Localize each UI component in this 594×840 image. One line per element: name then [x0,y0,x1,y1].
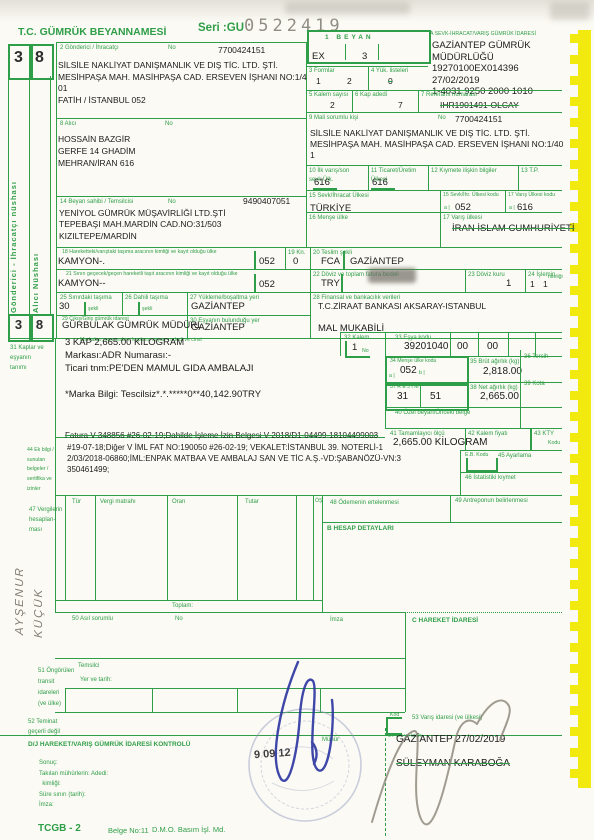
sectionDJ-rows: Sonuç: Takılan mühürlerin: Adedi: kimliğ… [39,758,108,811]
grid-line [56,269,562,270]
grid-line [152,688,153,712]
field43-sublabel: Kodu [548,440,560,448]
field47-label: 47 Vergilerin hesaplan- ması [29,505,62,535]
field13-label: 13 T.P. [521,167,539,176]
grid-line [530,428,532,450]
grid-line [138,302,140,315]
grid-line [465,428,466,450]
field43-label: 43 KTY [534,430,554,439]
field7-reference: IHR1901491-OLCAY [440,100,519,111]
field4-value: 0 [388,76,393,87]
field54-officer-name: SÜLEYMAN KARABOĞA [396,757,510,770]
field4-label: 4 Yük. listeleri [371,67,408,76]
yellow-comb-teeth [570,34,578,784]
grid-line [505,190,506,212]
field23-label: 23 Döviz kuru [468,271,505,280]
grid-line [352,90,353,112]
grid-line [465,269,466,292]
grid-line [55,495,562,496]
muhur-label: Mühür [322,736,339,745]
field14-number: 9490407051 [243,196,290,207]
copy-number-left-lower: 3 [8,317,29,332]
field33-hs-code: 39201040 [404,340,449,353]
field28-bank: T.C.ZİRAAT BANKASI AKSARAY-ISTANBUL [318,301,486,312]
grid-line [237,495,238,600]
grid-line [440,190,441,212]
grid-line [440,212,441,247]
copy-number-right-lower: 8 [29,317,50,332]
grid-line [56,42,306,43]
field1-declaration-code: 3 [362,51,367,63]
field12-label: 12 Kıymete ilişkin bilgiler [431,167,497,176]
field15a-label: 15 Sevk/İhr. Ülkesi kodu [443,192,501,200]
stamps-signatures-overlay [0,0,594,840]
field9-address: SİLSİLE NAKLİYAT DANIŞMANLIK VE DIŞ TİC.… [310,128,563,161]
field18-vehicle: KAMYON-. [58,256,105,268]
field27-place: GAZİANTEP [191,301,245,313]
grid-line [55,712,405,713]
grid-line [237,688,238,712]
grid-line [343,251,345,269]
field50-no-label: No [175,615,183,624]
field40-label: 40 Özel beyan/Önceki belge [395,409,470,418]
grid-line [385,407,562,408]
grid-line [418,90,419,112]
field7-label: 7 Referans numarası [421,91,477,100]
field48-label: 48 Ödemenin ertelenmesi [330,499,399,508]
grid-line [378,44,379,60]
field2-no-label: No [168,44,176,53]
field15-label: 15 Sevk/İhracat Ülkesi [309,192,369,201]
grid-line [285,247,286,269]
field5-label: 5 Kalem sayısı [309,91,348,100]
margin-handwriting-line1: AYŞENUR [14,540,26,636]
field25-sublabel: şekli [88,306,98,314]
field50-imza-label: İmza [330,616,343,625]
copy-number-right: 8 [29,49,50,67]
grid-line [307,165,562,166]
grid-line [340,332,341,356]
date-stamp-text: 9 09 12 [254,747,291,762]
fieldEB-box [466,458,498,472]
grid-line [65,688,405,689]
top-stamp-smudge [285,2,410,14]
copy-vertical-label-1: Gönderici - İhracatçı nüshası [9,88,18,313]
field38-net-weight: 2,665.00 [480,390,519,403]
grid-line [525,269,526,292]
field31-label: 31 Kaplar ve eşyanın tanımı [10,343,44,373]
field23-rate: 1 [506,278,511,290]
grid-line [167,495,168,600]
sectionC-label: C HAREKET İDARESİ [412,616,478,626]
field47-col-tur: Tür [72,498,81,507]
field20-incoterm: FCA [321,256,340,268]
field3-label: 3 Formlar [309,67,335,76]
serial-label: Seri :GU [198,22,244,34]
field9-no-label: No [438,114,446,123]
grid-line [307,112,562,113]
field44-label: 44 Ek bilgi / sunulan belgeler / sertifi… [27,446,54,495]
footer-form-code: TCGB - 2 [38,823,81,834]
field33-sub2: 00 [487,340,498,353]
field3-value1: 1 [316,76,321,87]
field49-label: 49 Antreponun belirlenmesi [455,497,528,506]
field24-value1: 1 [530,279,535,290]
field21-country-code: 052 [259,279,275,291]
field1-label: 1 BEYAN [325,33,374,43]
field47-total-label: Toplam: [172,602,193,611]
field17a-label: 17 Varış Ülkesi kodu [508,192,560,200]
copy-number-left: 3 [8,49,29,67]
grid-line [313,495,314,600]
field33-sub1: 00 [457,340,468,353]
grid-line [65,688,66,712]
grid-line [460,450,562,451]
field17-destination-country: İRAN İSLAM CUMHURİYETİ [452,223,574,235]
field14-broker-address: YENİYOL GÜMRÜK MÜŞAVİRLİĞİ LTD.ŞTİ TEPEB… [59,208,226,242]
field2-sender-label: 2 Gönderici / İhracatçı [60,44,119,53]
field26-label: 26 Dahili taşıma [125,294,168,303]
field35-gross-weight: 2,818.00 [483,365,522,378]
field34-b: b | [419,370,425,378]
grid-line [341,274,343,292]
field29-exit-office: GÜRBULAK GÜMRÜK MÜDÜRL [62,320,202,332]
grid-line [122,292,123,315]
grid-line [307,190,562,191]
field50-label: 50 Asıl sorumlu [72,615,113,624]
grid-line [385,728,386,836]
yellow-comb-strip [578,30,591,788]
grid-line [520,350,521,428]
margin-handwriting-line2: KÜÇÜK [33,558,45,639]
field45-label: 45 Ayarlama [498,452,531,461]
grid-line [508,332,509,356]
field44-documents-rest: #19-07-18;Diğer V İML FAT NO:190050 #26-… [67,442,401,475]
field25-mode: 30 [59,301,70,313]
field3-value2: 2 [347,76,352,87]
field8-consignee-address: HOSSAİN BAZGİR GERFE 14 GHADİM MEHRAN/İR… [58,133,135,169]
grid-line [420,382,421,407]
field19-value: 0 [293,256,298,268]
field47-col-matrah: Vergi matrahı [100,498,136,507]
officeA-lines: GAZİANTEP GÜMRÜK MÜDÜRLÜĞÜ 19270100EX014… [432,40,594,98]
field46-label: 46 İstatistiki kıymet [465,474,516,483]
grid-line [405,612,562,613]
grid-line [296,495,297,600]
field6-value: 7 [398,100,403,111]
grid-line [95,495,96,600]
field37-regime2: 51 [430,390,441,403]
grid-line [478,332,479,356]
grid-line [322,495,323,612]
field51-yer-label: Yer ve tarih: [80,676,112,685]
field34-a: a | [389,373,395,381]
grid-line [368,165,369,190]
field54-place-date: GAZİANTEP 27/02/2019 [396,733,505,746]
field36-label: 36 Tercih [524,353,548,362]
field9-label: 9 Mali sorumlu kişi [309,114,358,123]
field37-regime1: 31 [397,390,408,403]
grid-line [385,428,562,429]
field20-place: GAZİANTEP [350,256,404,268]
footer-doc-no: Belge No:11 [108,825,149,836]
field31-goods-description: 3 KAP 2,665.00 KILOGRAM Markası:ADR Numa… [65,336,261,401]
field42-label: 42 Kalem fiyatı [468,430,508,439]
field8-label: 8 Alıcı [60,120,76,129]
field6-label: 6 Kap adedi [355,91,387,100]
field30-location: GAZİANTEP [191,322,245,334]
grid-line [254,274,256,292]
field22-currency: TRY [321,278,340,290]
field14-no-label: No [168,198,176,207]
officeA-label: A SEVK-İHRACAT/VARIŞ GÜMRÜK İDARESİ [430,31,536,39]
field8-no-label: No [165,120,173,129]
grid-line [307,212,562,213]
field2-sender-address: SİLSİLE NAKLİYAT DANIŞMANLIK VE DIŞ TİC.… [58,60,307,106]
field51-temsilci-label: Temsilci [78,662,99,671]
grid-line [55,612,405,613]
field24-sublabel: niteliği [548,274,563,282]
field52-label: 52 Teminat geçerli değil [28,717,60,737]
grid-line [56,42,57,338]
field39-label: 39 Kota [524,380,545,389]
grid-line [450,495,451,522]
field1-declaration-type: EX [312,51,325,63]
grid-line [65,495,66,600]
field26-sublabel: şekli [142,306,152,314]
grid-line [56,292,562,293]
grid-line [56,247,562,248]
grid-line [405,612,406,712]
grid-line [254,251,256,269]
field34-origin-code: 052 [400,364,417,377]
grid-line [340,332,562,333]
field2-tax-number: 7700424151 [218,45,265,56]
field16-label: 16 Menşe ülke [309,214,348,223]
grid-line [368,66,369,90]
grid-line [450,332,451,356]
copy-vertical-label-2: Alıcı Nüshası [31,150,40,313]
blue-signature [276,662,333,781]
grid-line [320,688,321,712]
grid-line [50,76,51,314]
field18-country-code: 052 [259,256,275,268]
field9-tax-number: 7700424151 [455,114,502,125]
grid-line [55,600,322,601]
scanned-customs-declaration: T.C. GÜMRÜK BEYANNAMESİ Seri :GU 0522419… [0,0,594,840]
grid-line [84,302,86,315]
sectionB-label: B HESAP DETAYLARI [327,524,394,534]
field14-label: 14 Beyan sahibi / Temsilcisi [60,198,133,207]
grid-line [55,338,56,612]
field32-item-number: 1 [352,342,357,354]
sectionDJ-label: D/J HAREKET/VARIŞ GÜMRÜK İDARESİ KONTROL… [28,740,190,750]
document-title: T.C. GÜMRÜK BEYANNAMESİ [18,26,166,38]
grid-line [55,658,405,659]
grid-line [518,165,519,190]
grid-line [345,44,346,60]
grid-line [56,118,306,119]
grid-line [29,76,30,314]
field44-documents-line1: Fatura V 348856 #26-02-19;Dahilde İşleme… [65,431,378,441]
grid-line [460,472,562,473]
field21-vehicle: KAMYON-- [58,278,106,290]
field47-col-os: ÖŞ [315,498,323,506]
field5-value: 2 [330,100,335,111]
redacted-amount-smudge [368,268,416,283]
field53-label: 53 Varış idaresi (ve ülkesi) [412,714,482,723]
corner-smudge [550,2,590,20]
round-stamp [249,709,361,821]
field32-sublabel: No [362,348,369,356]
field47-col-oran: Oran [172,498,185,507]
grid-line [428,165,429,190]
grid-line [322,522,562,523]
field47-col-tutar: Tutar [245,498,259,507]
field17-label: 17 Varış ülkesi [443,214,482,223]
footer-press: D.M.O. Basım İşl. Md. [152,824,225,835]
